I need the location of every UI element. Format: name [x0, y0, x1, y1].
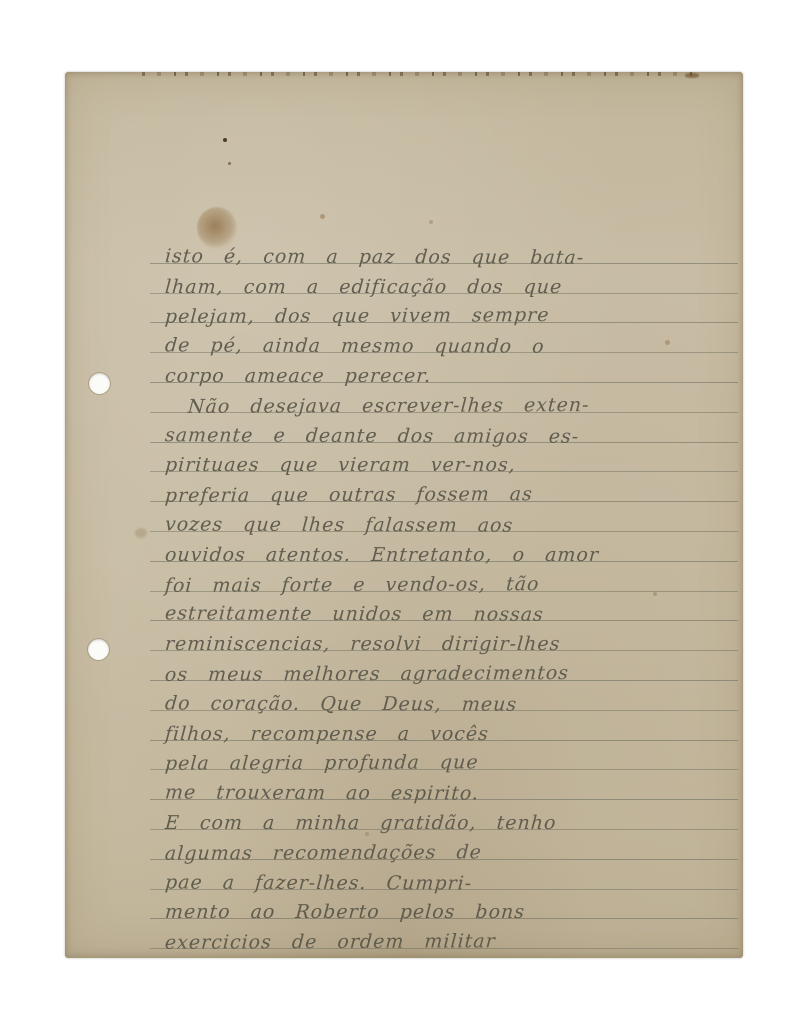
stain	[228, 162, 231, 165]
handwriting-line: vozes que lhes falassem aos	[150, 502, 738, 532]
scan-background: isto é, com a paz dos que bata- lham, co…	[0, 0, 806, 1024]
handwriting-text: de pé, ainda mesmo quando o	[149, 334, 545, 357]
handwriting-text: ouvidos atentos. Entretanto, o amor	[149, 544, 600, 566]
stain	[223, 138, 227, 142]
handwriting-line: Não desejava escrever-lhes exten-	[150, 383, 738, 413]
handwriting-line: preferia que outras fossem as	[150, 472, 738, 502]
handwriting-line: ouvidos atentos. Entretanto, o amor	[150, 532, 738, 562]
handwriting-text: algumas recomendações de	[149, 841, 482, 864]
handwriting-line: foi mais forte e vendo-os, tão	[150, 562, 738, 592]
handwriting-text: vozes que lhes falassem aos	[149, 513, 514, 536]
handwriting-text: E com a minha gratidão, tenho	[149, 812, 557, 834]
handwriting-text: exercicios de ordem militar	[149, 930, 496, 954]
handwriting-text: filhos, recompense a vocês	[149, 723, 490, 745]
handwriting-line: exercicios de ordem militar	[150, 919, 738, 949]
stain	[429, 220, 433, 224]
handwriting-area: isto é, com a paz dos que bata- lham, co…	[150, 234, 738, 949]
handwriting-text: Não desejava escrever-lhes exten-	[149, 394, 590, 418]
handwriting-line: me trouxeram ao espirito.	[150, 770, 738, 800]
handwriting-text: os meus melhores agradecimentos	[149, 662, 570, 686]
handwriting-line: os meus melhores agradecimentos	[150, 651, 738, 681]
handwriting-text: reminiscencias, resolvi dirigir-lhes	[149, 633, 561, 655]
handwriting-text: pae a fazer-lhes. Cumpri-	[149, 871, 473, 894]
handwriting-text: pelejam, dos que vivem sempre	[149, 305, 550, 329]
handwriting-text: isto é, com a paz dos que bata-	[149, 245, 585, 269]
handwriting-text: estreitamente unidos em nossas	[149, 603, 544, 626]
stain	[320, 214, 325, 219]
handwriting-line: pelejam, dos que vivem sempre	[150, 294, 738, 324]
handwriting-line: pela alegria profunda que	[150, 741, 738, 771]
letter-page: isto é, com a paz dos que bata- lham, co…	[65, 72, 743, 958]
handwriting-line: algumas recomendações de	[150, 830, 738, 860]
stain	[135, 528, 147, 538]
handwriting-text: pirituaes que vieram ver-nos,	[149, 454, 516, 476]
handwriting-line: E com a minha gratidão, tenho	[150, 800, 738, 830]
punch-hole-bottom	[88, 639, 109, 660]
handwriting-text: me trouxeram ao espirito.	[149, 782, 480, 805]
handwriting-text: corpo ameace perecer.	[149, 365, 432, 387]
handwriting-text: samente e deante dos amigos es-	[149, 424, 580, 447]
punch-hole-top	[89, 373, 110, 394]
handwriting-text: preferia que outras fossem as	[149, 483, 533, 507]
handwriting-text: lham, com a edificação dos que	[149, 276, 563, 298]
handwriting-line: reminiscencias, resolvi dirigir-lhes	[150, 621, 738, 651]
foxing-speckles	[133, 72, 695, 76]
handwriting-text: do coração. Que Deus, meus	[149, 692, 518, 715]
handwriting-line: isto é, com a paz dos que bata-	[150, 234, 738, 264]
handwriting-line: de pé, ainda mesmo quando o	[150, 323, 738, 353]
handwriting-text: pela alegria profunda que	[149, 752, 479, 775]
handwriting-text: mento ao Roberto pelos bons	[149, 901, 526, 923]
handwriting-text: foi mais forte e vendo-os, tão	[149, 573, 540, 597]
handwriting-line: corpo ameace perecer.	[150, 353, 738, 383]
